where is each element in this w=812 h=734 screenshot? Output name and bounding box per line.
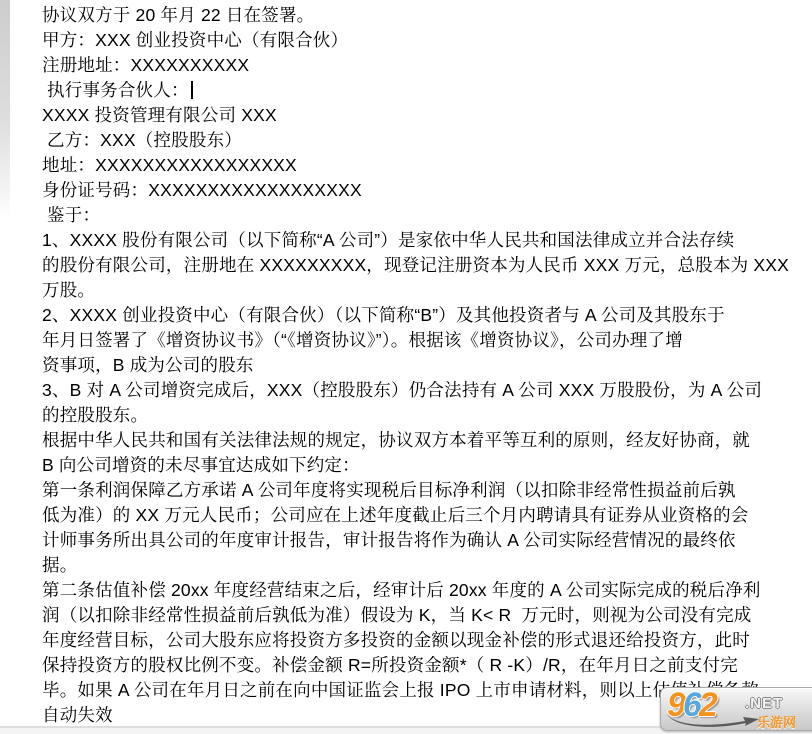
text-line[interactable]: 第一条利润保障乙方承诺 A 公司年度将实现税后目标净利润（以扣除非经常性损益前后… [42,478,796,503]
text-line[interactable]: 万股。 [42,278,796,303]
document-text-area[interactable]: 协议双方于 20 年月 22 日在签署。 甲方：XXX 创业投资中心（有限合伙）… [42,3,796,728]
text-line[interactable]: 的股份有限公司，注册地在 XXXXXXXXX，现登记注册资本为人民币 XXX 万… [42,253,796,278]
left-edge-shadow [0,0,10,218]
text-line[interactable]: 协议双方于 20 年月 22 日在签署。 [42,3,796,28]
text-line[interactable]: 保持投资方的股权比例不变。补偿金额 R=所投资金额*（ R -K）/R，在年月日… [42,653,796,678]
text-line[interactable]: 执行事务合伙人： [42,78,796,103]
text-line[interactable]: 2、XXXX 创业投资中心（有限合伙）（以下简称“B”）及其他投资者与 A 公司… [42,303,796,328]
watermark-tld-label: .NET [745,695,783,712]
text-line[interactable]: 计师事务所出具公司的年度审计报告，审计报告将作为确认 A 公司实际经营情况的最终… [42,528,796,553]
text-line[interactable]: 乙方：XXX（控股股东） [42,128,796,153]
text-line[interactable]: 3、B 对 A 公司增资完成后，XXX（控股股东）仍合法持有 A 公司 XXX … [42,378,796,403]
watermark-site-name: 乐游网 [757,712,796,731]
text-line[interactable]: 据。 [42,553,796,578]
text-line[interactable]: 根据中华人民共和国有关法律法规的规定，协议双方本着平等互利的原则，经友好协商，就 [42,428,796,453]
text-line[interactable]: 鉴于： [42,203,796,228]
text-line[interactable]: 的控股股东。 [42,403,796,428]
text-line[interactable]: 低为准）的 XX 万元人民币；公司应在上述年度截止后三个月内聘请具有证券从业资格… [42,503,796,528]
text-line[interactable]: 资事项，B 成为公司的股东 [42,353,796,378]
text-line[interactable]: B 向公司增资的未尽事宜达成如下约定： [42,453,796,478]
line-text: 执行事务合伙人： [42,80,189,100]
text-line[interactable]: 地址：XXXXXXXXXXXXXXXXX [42,153,796,178]
text-line[interactable]: 注册地址：XXXXXXXXXX [42,53,796,78]
text-line[interactable]: 甲方：XXX 创业投资中心（有限合伙） [42,28,796,53]
text-cursor-caret [191,81,193,99]
watermark-badge-962net: 962 .NET 乐游网 [660,687,812,731]
text-line[interactable]: XXXX 投资管理有限公司 XXX [42,103,796,128]
watermark-content: 962 .NET 乐游网 [661,688,812,730]
text-line[interactable]: 第二条估值补偿 20xx 年度经营结束之后，经审计后 20xx 年度的 A 公司… [42,578,796,603]
text-line[interactable]: 1、XXXX 股份有限公司（以下简称“A 公司”）是家依中华人民共和国法律成立并… [42,228,796,253]
text-line[interactable]: 年月日签署了《增资协议书》（“《增资协议》”）。根据该《增资协议》，公司办理了增 [42,328,796,353]
text-line[interactable]: 身份证号码：XXXXXXXXXXXXXXXXXX [42,178,796,203]
text-line[interactable]: 年度经营目标，公司大股东应将投资方多投资的金额以现金补偿的形式退还给投资方，此时 [42,628,796,653]
swoosh-arrow-icon [665,712,761,728]
document-page: 协议双方于 20 年月 22 日在签署。 甲方：XXX 创业投资中心（有限合伙）… [0,0,812,734]
text-line[interactable]: 润（以扣除非经常性损益前后孰低为准）假设为 K，当 K< R 万元时，则视为公司… [42,603,796,628]
